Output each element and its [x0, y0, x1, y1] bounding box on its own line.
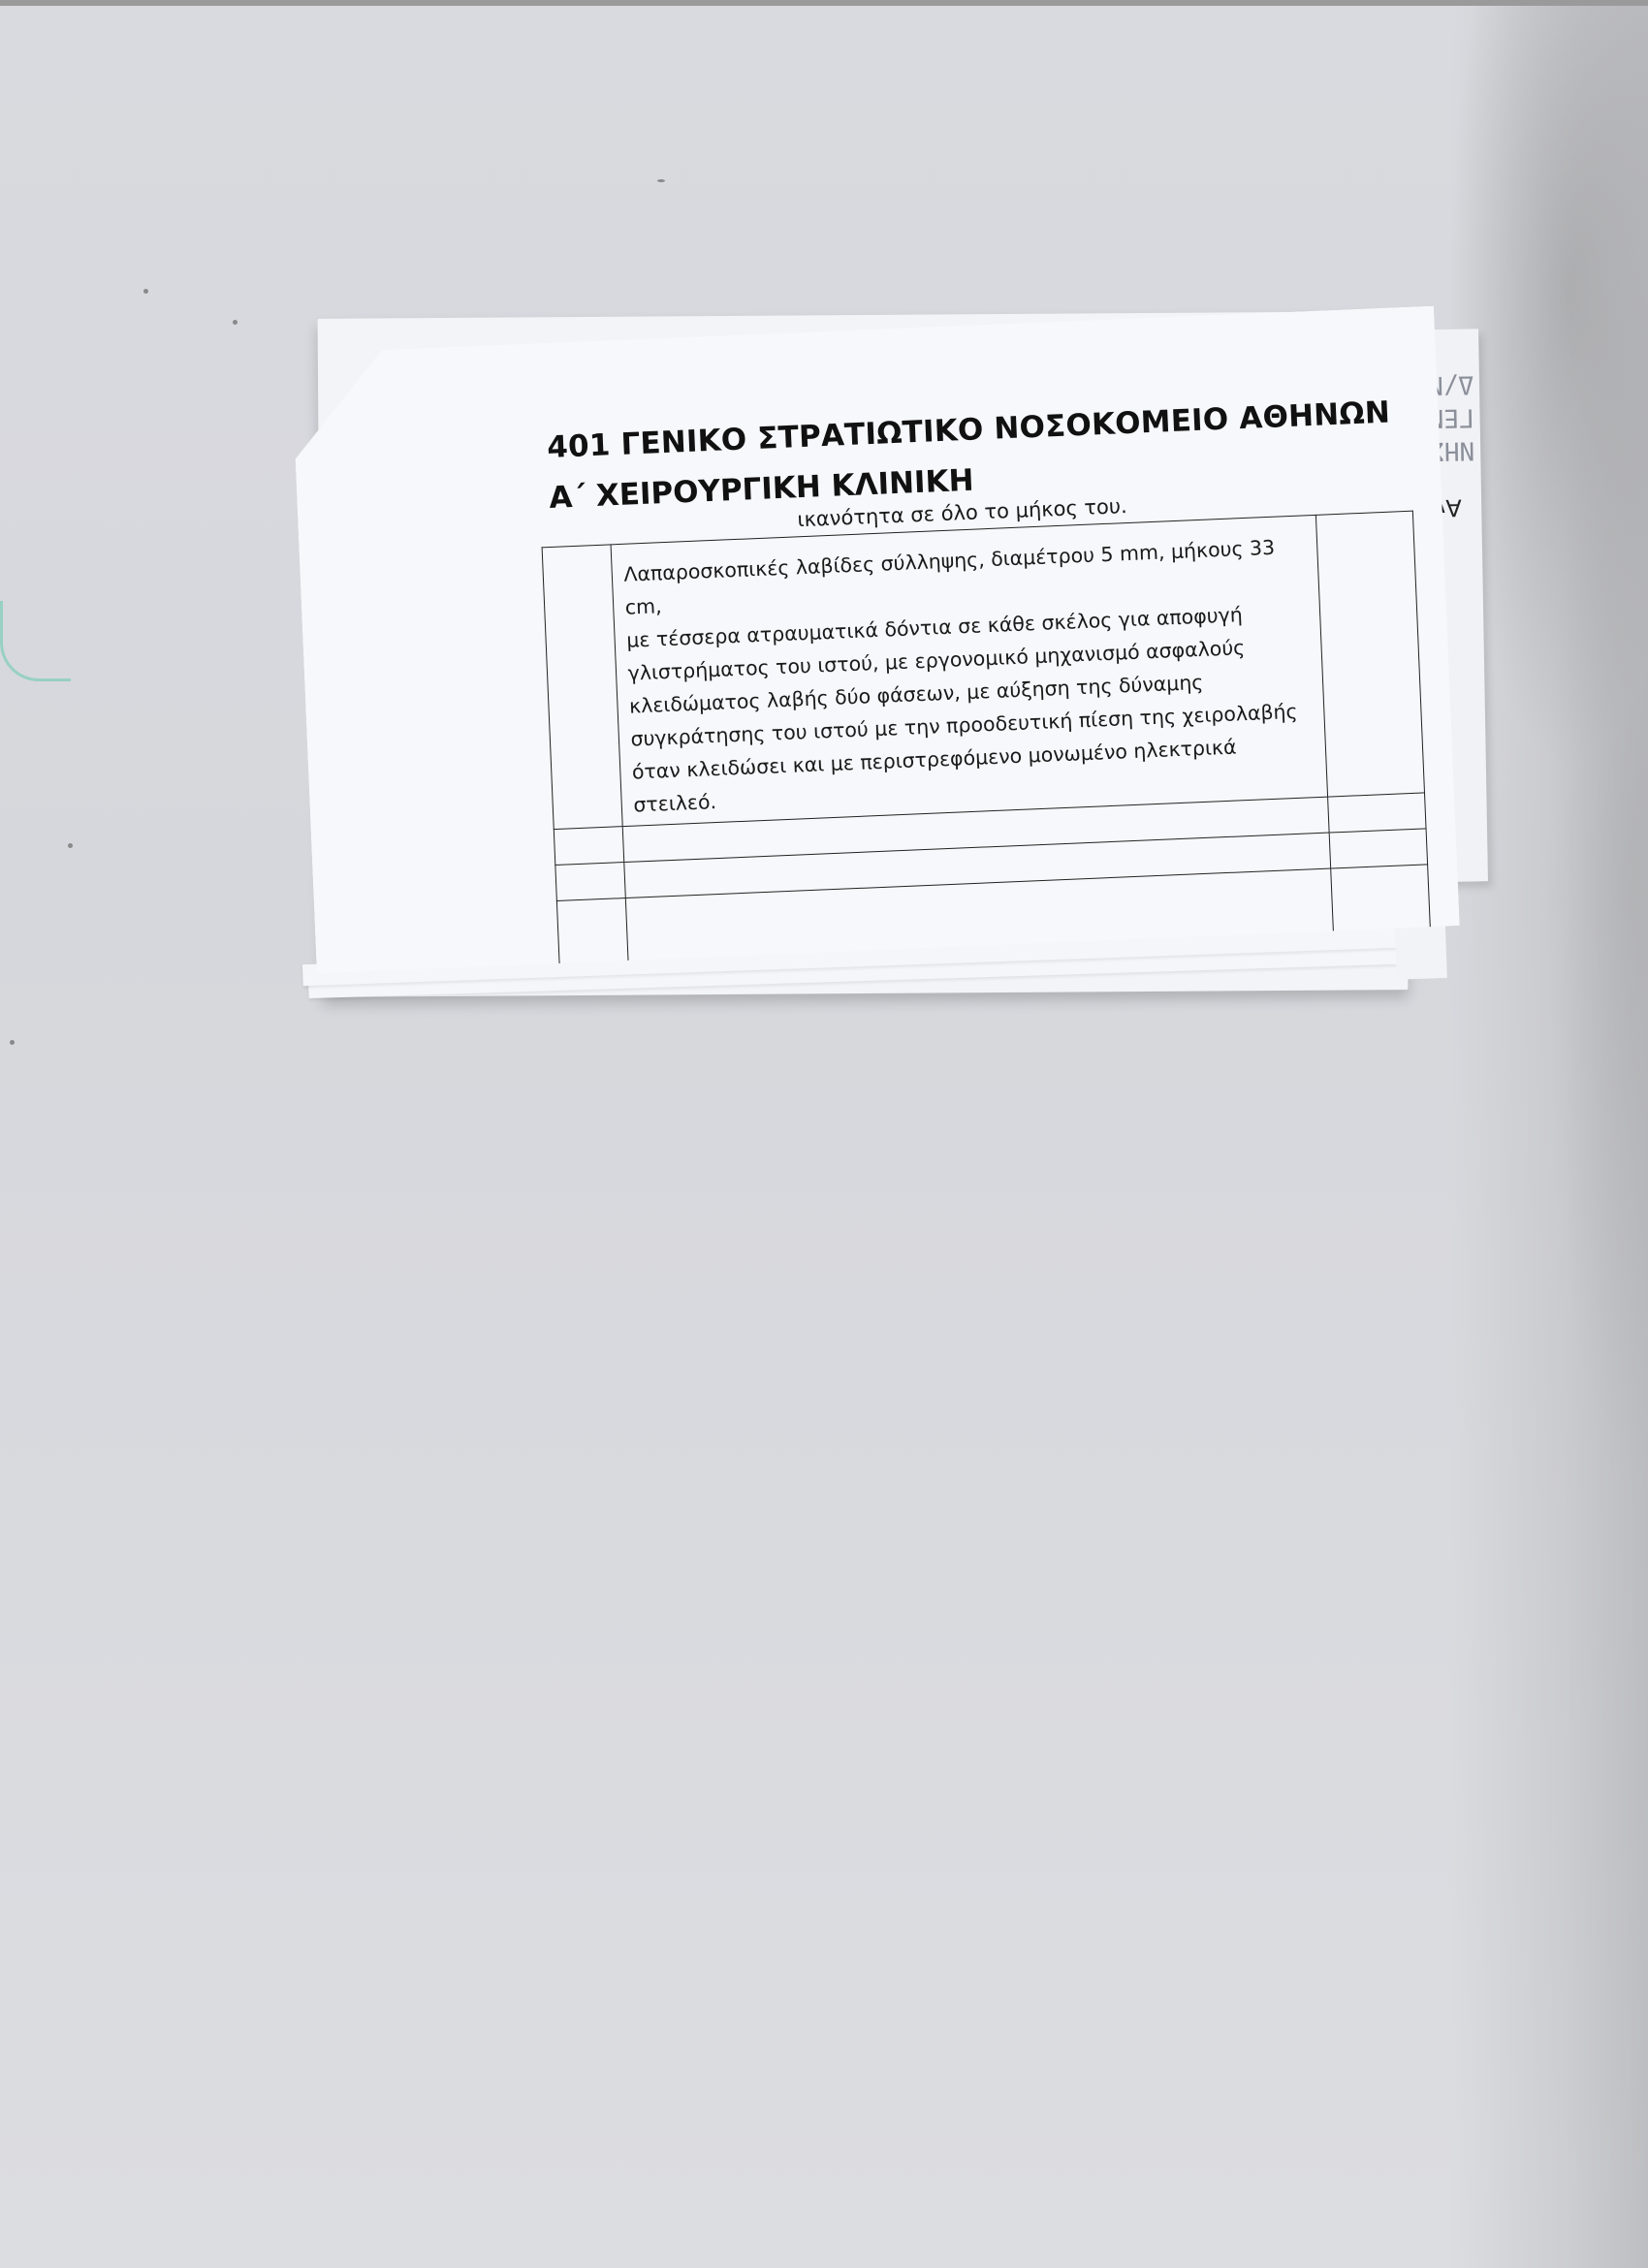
table-cell-answer [1315, 511, 1425, 797]
document-page: 401 ΓΕΝΙΚΟ ΣΤΡΑΤΙΩΤΙΚΟ ΝΟΣΟΚΟΜΕΙΟ ΑΘΗΝΩΝ… [291, 306, 1460, 974]
table-cell-spec: ικανότητα σε όλο το μήκος του. Λαπαροσκο… [611, 515, 1328, 826]
dust-speck [68, 843, 73, 848]
table-cell-answer [1327, 793, 1426, 833]
dust-speck [233, 320, 238, 325]
green-ink-mark [0, 601, 71, 681]
table-row: ικανότητα σε όλο το μήκος του. Λαπαροσκο… [542, 511, 1424, 829]
table-cell-index [554, 827, 623, 866]
dust-speck [10, 1040, 15, 1045]
dust-speck [657, 179, 665, 182]
scan-top-edge [0, 0, 1648, 6]
dust-speck [143, 289, 148, 294]
table-cell-answer [1329, 829, 1428, 868]
table-cell-index [555, 863, 625, 901]
table-cell-index [542, 545, 622, 830]
spec-description: Λαπαροσκοπικές λαβίδες σύλληψης, διαμέτρ… [611, 523, 1326, 826]
specifications-table: ικανότητα σε όλο το μήκος του. Λαπαροσκο… [542, 511, 1432, 979]
